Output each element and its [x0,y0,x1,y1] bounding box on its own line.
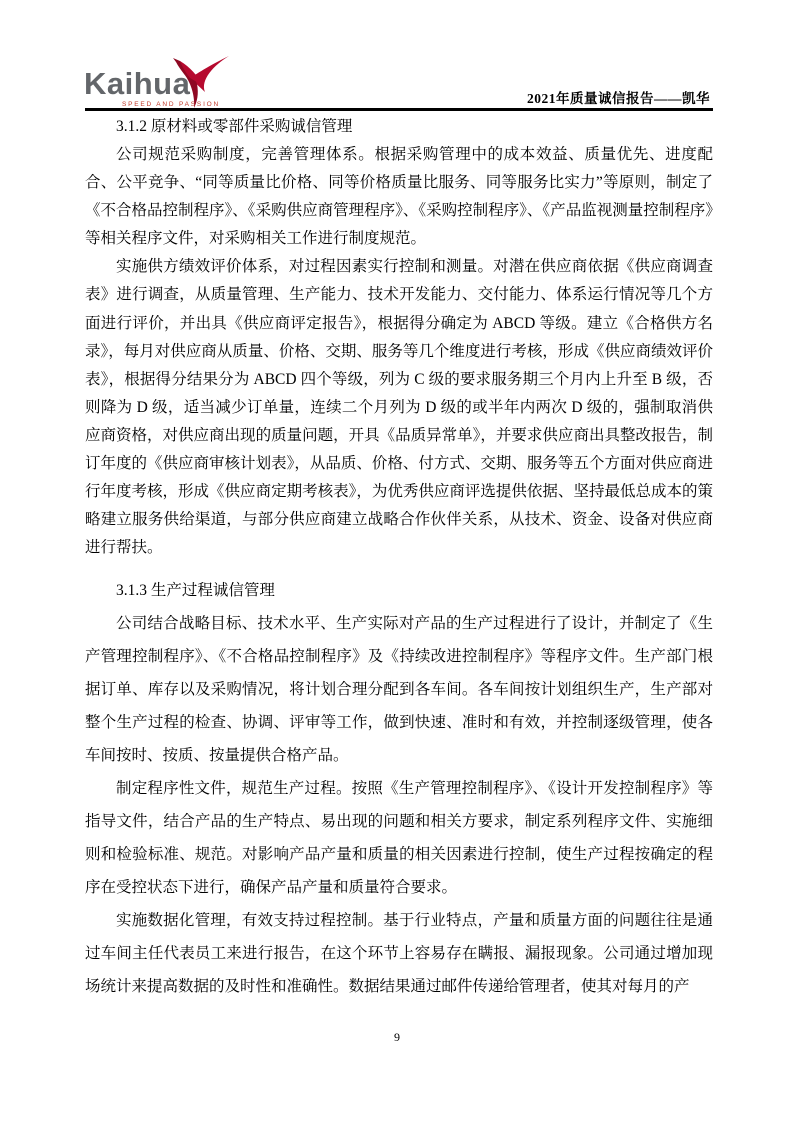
paragraph: 实施数据化管理，有效支持过程控制。基于行业特点，产量和质量方面的问题往往是通过车… [85,904,713,1003]
section-heading: 3.1.3 生产过程诚信管理 [85,574,713,607]
kaihua-logo-graphic: Kaihua SPEED AND PASSION [84,54,234,112]
paragraph: 公司规范采购制度，完善管理体系。根据采购管理中的成本效益、质量优先、进度配合、公… [85,141,713,253]
document-page: Kaihua SPEED AND PASSION 2021年质量诚信报告——凯华… [0,0,794,1123]
company-logo: Kaihua SPEED AND PASSION [84,54,234,112]
document-body: 3.1.2 原材料或零部件采购诚信管理 公司规范采购制度，完善管理体系。根据采购… [85,113,713,1003]
page-number: 9 [0,1030,794,1045]
section-heading: 3.1.2 原材料或零部件采购诚信管理 [85,113,713,141]
header-divider-line [85,108,713,111]
section-3-1-2: 3.1.2 原材料或零部件采购诚信管理 公司规范采购制度，完善管理体系。根据采购… [85,113,713,562]
paragraph: 公司结合战略目标、技术水平、生产实际对产品的生产过程进行了设计，并制定了《生产管… [85,607,713,772]
report-header-title: 2021年质量诚信报告——凯华 [527,87,710,107]
paragraph: 实施供方绩效评价体系，对过程因素实行控制和测量。对潜在供应商依据《供应商调查表》… [85,253,713,562]
logo-tagline: SPEED AND PASSION [122,101,220,108]
logo-text: Kaihua [84,66,191,101]
section-3-1-3: 3.1.3 生产过程诚信管理 公司结合战略目标、技术水平、生产实际对产品的生产过… [85,574,713,1003]
paragraph: 制定程序性文件，规范生产过程。按照《生产管理控制程序》、《设计开发控制程序》等指… [85,772,713,904]
